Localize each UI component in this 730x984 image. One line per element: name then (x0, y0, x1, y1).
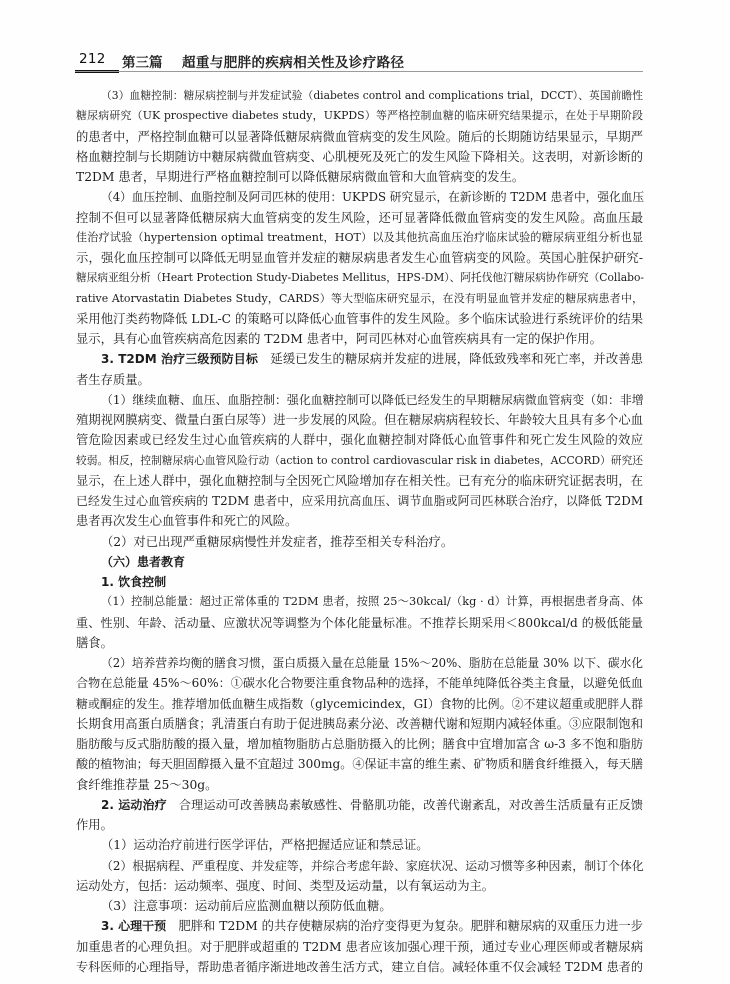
text-line: 显示，具有心血管疾病高危因素的 T2DM 患者中，阿司匹林对心血管疾病具有一定的… (76, 329, 643, 349)
text-line: （4）血压控制、血脂控制及阿司匹林的使用：UKPDS 研究显示，在新诊断的 T2… (76, 187, 643, 207)
text-line: 3. 心理干预 肥胖和 T2DM 的共存使糖尿病的治疗变得更为复杂。肥胖和糖尿病… (76, 916, 643, 936)
text-line: 食纤维推荐量 25～30g。 (76, 775, 643, 795)
book-page: 212 第三篇 超重与肥胖的疾病相关性及诊疗路径 （3）血糖控制：糖尿病控制与并… (0, 0, 730, 984)
text-line: 殖期视网膜病变、微量白蛋白尿等）进一步发展的风险。但在糖尿病病程较长、年龄较大且… (76, 410, 643, 430)
paragraph-continue-control: （1）继续血糖、血压、血脂控制：强化血糖控制可以降低已经发生的早期糖尿病微血管病… (76, 390, 643, 532)
text-line: （2）对已出现严重糖尿病慢性并发症者，推荐至相关专科治疗。 (76, 532, 643, 552)
part-label: 第三篇 (122, 51, 163, 71)
paragraph-bp-lipid-aspirin: （4）血压控制、血脂控制及阿司匹林的使用：UKPDS 研究显示，在新诊断的 T2… (76, 187, 643, 349)
text-line: 的患者中，严格控制血糖可以显著降低糖尿病微血管病变的发生风险。随后的长期随访结果… (76, 127, 643, 147)
text-line: 重、性别、年龄、活动量、应激状况等调整为个体化能量标准。不推荐长期采用＜800k… (76, 613, 643, 633)
text-line: 佳治疗试验（hypertension optimal treatment，HOT… (76, 228, 643, 248)
text-line: 2. 运动治疗 合理运动可改善胰岛素敏感性、骨骼肌功能，改善代谢紊乱，对改善生活… (76, 795, 643, 815)
text-line: 3. T2DM 治疗三级预防目标 延缓已发生的糖尿病并发症的进展，降低致残率和死… (76, 349, 643, 369)
text-run: 延缓已发生的糖尿病并发症的进展，降低致残率和死亡率，并改善患 (270, 352, 643, 366)
text-line: 合物在总能量 45%～60%：①碳水化合物要注重食物品种的选择，不能单纯降低谷类… (76, 673, 643, 693)
text-line: 控制不但可以显著降低糖尿病大血管病变的发生风险，还可显著降低微血管病变的发生风险… (76, 208, 643, 228)
text-line: 糖或酮症的发生。推荐增加低血糖生成指数（glycemicindex，GI）食物的… (76, 694, 643, 714)
text-line: 专科医师的心理指导，帮助患者循序渐进地改善生活方式，建立自信。减轻体重不仅会减轻… (76, 957, 643, 977)
inline-heading: 2. 运动治疗 (101, 798, 167, 812)
text-line: 采用他汀类药物降低 LDL-C 的策略可以降低心血管事件的发生风险。多个临床试验… (76, 309, 643, 329)
text-line: 患者再次发生心血管事件和死亡的风险。 (76, 511, 643, 531)
header-rule (75, 71, 643, 72)
paragraph-glucose-control: （3）血糖控制：糖尿病控制与并发症试验（diabetes control and… (76, 86, 643, 187)
text-line: 管危险因素或已经发生过心血管疾病的人群中，强化血糖控制对降低心血管事件和死亡发生… (76, 430, 643, 450)
text-line: （3）血糖控制：糖尿病控制与并发症试验（diabetes control and… (76, 86, 643, 106)
text-line: （1）运动治疗前进行医学评估，严格把握适应证和禁忌证。 (76, 835, 643, 855)
text-line: 已经发生过心血管疾病的 T2DM 患者中，应采用抗高血压、调节血脂或阿司匹林联合… (76, 491, 643, 511)
text-line: 酸的植物油；每天胆固醇摄入量不宜超过 300mg。④保证丰富的维生素、矿物质和膳… (76, 754, 643, 774)
text-line: 长期食用高蛋白质膳食；乳清蛋白有助于促进胰岛素分泌、改善糖代谢和短期内减轻体重。… (76, 714, 643, 734)
inline-heading: 3. 心理干预 (101, 919, 166, 933)
text-line: 示，强化血压控制可以降低无明显血管并发症的糖尿病患者发生心血管病变的风险。英国心… (76, 248, 643, 268)
text-line: （2）根据病程、严重程度、并发症等，并综合考虑年龄、家庭状况、运动习惯等多种因素… (76, 856, 643, 876)
text-line: 较弱。相反，控制糖尿病心血管风险行动（action to control car… (76, 451, 643, 471)
running-header: 212 第三篇 超重与肥胖的疾病相关性及诊疗路径 (75, 50, 643, 72)
subsection-heading-diet: 1. 饮食控制 (76, 572, 643, 592)
text-line: 运动处方，包括：运动频率、强度、时间、类型及运动量，以有氧运动为主。 (76, 876, 643, 896)
text-line: 糖尿病亚组分析（Heart Protection Study-Diabetes … (76, 268, 643, 288)
text-line: 脂肪酸与反式脂肪酸的摄入量，增加植物脂肪占总脂肪摄入的比例；膳食中宜增加富含 ω… (76, 734, 643, 754)
text-line: 格血糖控制与长期随访中糖尿病微血管病变、心肌梗死及死亡的发生风险下降相关。这表明… (76, 147, 643, 167)
body-text: （3）血糖控制：糖尿病控制与并发症试验（diabetes control and… (76, 86, 643, 977)
text-line: （2）培养营养均衡的膳食习惯，蛋白质摄入量在总能量 15%～20%、脂肪在总能量… (76, 653, 643, 673)
section-heading-patient-education: （六）患者教育 (76, 552, 643, 572)
text-line: （1）控制总能量：超过正常体重的 T2DM 患者，按照 25～30kcal/（k… (76, 592, 643, 612)
page-number: 212 (79, 51, 106, 67)
section-tertiary-prevention: 3. T2DM 治疗三级预防目标 延缓已发生的糖尿病并发症的进展，降低致残率和死… (76, 349, 643, 390)
text-line: 者生存质量。 (76, 370, 643, 390)
part-title: 超重与肥胖的疾病相关性及诊疗路径 (182, 51, 404, 71)
paragraph-diet-energy: （1）控制总能量：超过正常体重的 T2DM 患者，按照 25～30kcal/（k… (76, 592, 643, 653)
section-exercise: 2. 运动治疗 合理运动可改善胰岛素敏感性、骨骼肌功能，改善代谢紊乱，对改善生活… (76, 795, 643, 917)
text-line: （3）注意事项：运动前后应监测血糖以预防低血糖。 (76, 896, 643, 916)
text-run: 合理运动可改善胰岛素敏感性、骨骼肌功能，改善代谢紊乱，对改善生活质量有正反馈 (179, 798, 643, 812)
text-line: 膳食。 (76, 633, 643, 653)
text-line: 作用。 (76, 815, 643, 835)
text-line: rative Atorvastatin Diabetes Study，CARDS… (76, 289, 643, 309)
text-line: （1）继续血糖、血压、血脂控制：强化血糖控制可以降低已经发生的早期糖尿病微血管病… (76, 390, 643, 410)
text-line: 加重患者的心理负担。对于肥胖或超重的 T2DM 患者应该加强心理干预，通过专业心… (76, 937, 643, 957)
text-run: 肥胖和 T2DM 的共存使糖尿病的治疗变得更为复杂。肥胖和糖尿病的双重压力进一步 (178, 919, 643, 933)
paragraph-diet-balance: （2）培养营养均衡的膳食习惯，蛋白质摄入量在总能量 15%～20%、脂肪在总能量… (76, 653, 643, 795)
section-psychological: 3. 心理干预 肥胖和 T2DM 的共存使糖尿病的治疗变得更为复杂。肥胖和糖尿病… (76, 916, 643, 977)
text-line: 显示，在上述人群中，强化血糖控制与全因死亡风险增加存在相关性。已有充分的临床研究… (76, 471, 643, 491)
inline-heading: 3. T2DM 治疗三级预防目标 (101, 352, 258, 366)
text-line: T2DM 患者，早期进行严格血糖控制可以降低糖尿病微血管和大血管病变的发生。 (76, 167, 643, 187)
text-line: 糖尿病研究（UK prospective diabetes study，UKPD… (76, 106, 643, 126)
paragraph-severe-complications: （2）对已出现严重糖尿病慢性并发症者，推荐至相关专科治疗。 (76, 532, 643, 552)
